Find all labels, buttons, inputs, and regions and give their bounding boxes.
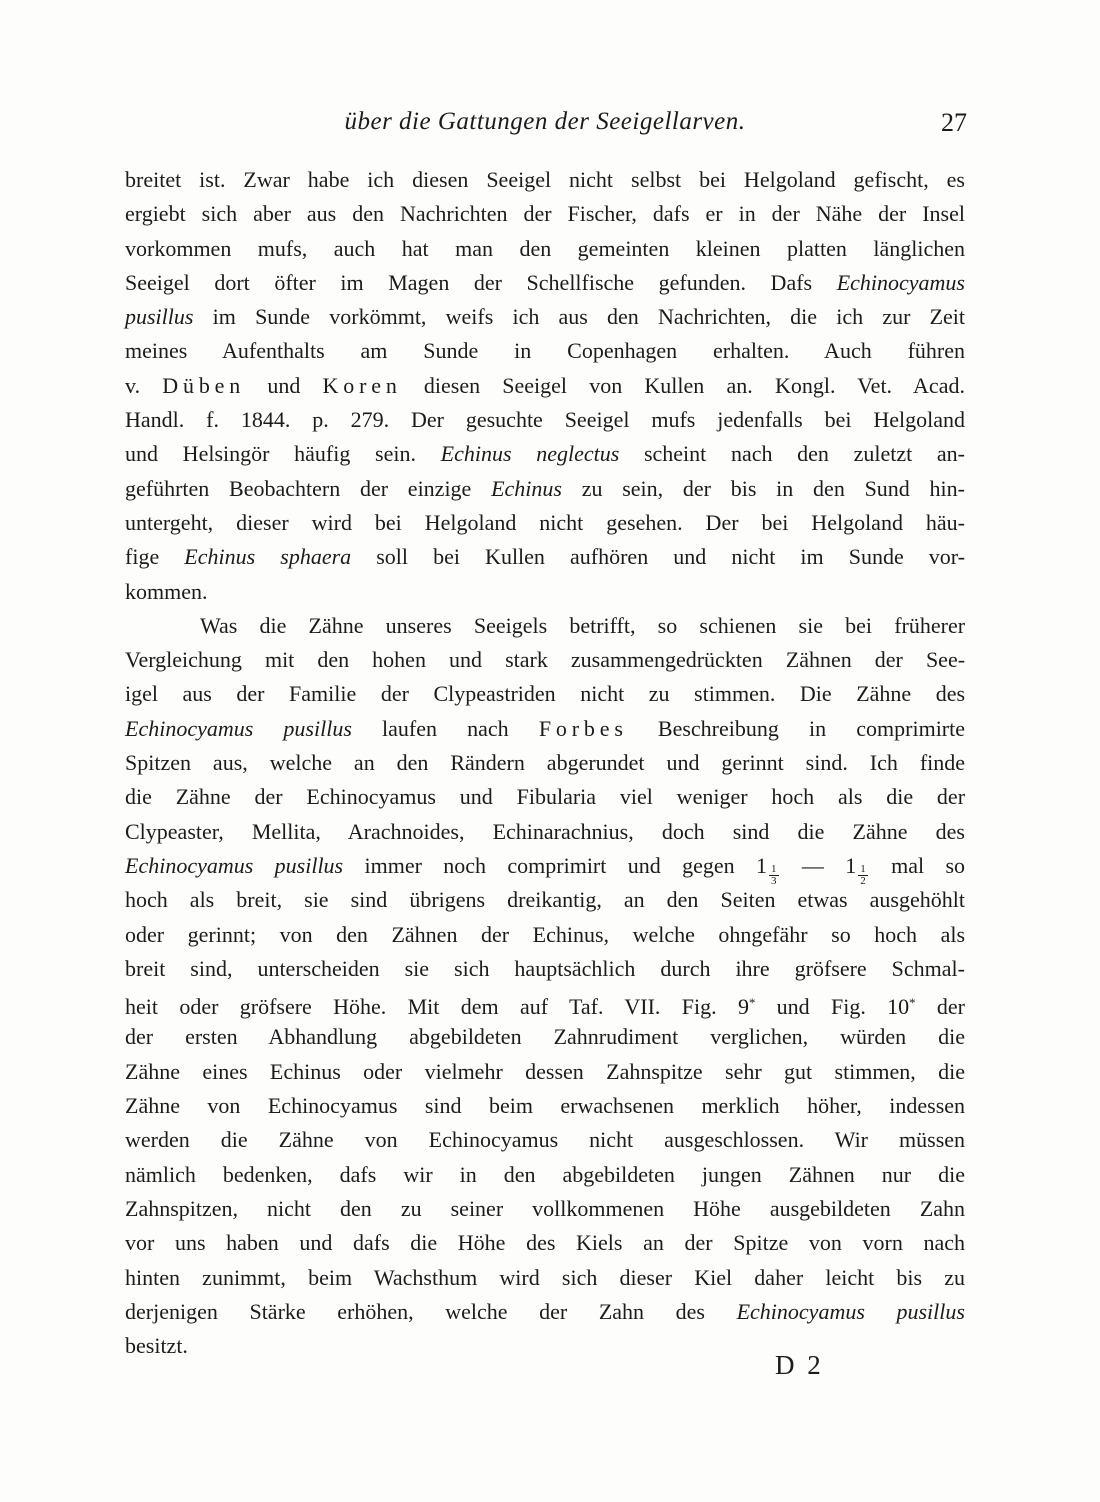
text-segment: und — [245, 373, 322, 398]
text-segment: v. — [125, 373, 162, 398]
text-segment: geführten Beobachtern der einzige — [125, 476, 491, 501]
text-line: hinten zunimmt, beim Wachsthum wird sich… — [125, 1261, 965, 1295]
text-line: Clypeaster, Mellita, Arachnoides, Echina… — [125, 815, 965, 849]
page-number: 27 — [941, 108, 967, 138]
text-segment: vor uns haben und dafs die Höhe des Kiel… — [125, 1230, 965, 1255]
text-segment: kommen. — [125, 579, 208, 604]
text-segment: Zähne von Echinocyamus sind beim erwachs… — [125, 1093, 965, 1118]
text-segment: Was die Zähne unseres Seeigels betrifft,… — [200, 613, 965, 638]
text-line: hoch als breit, sie sind übrigens dreika… — [125, 883, 965, 917]
text-segment: Spitzen aus, welche an den Rändern abger… — [125, 750, 965, 775]
text-line: derjenigen Stärke erhöhen, welche der Za… — [125, 1295, 965, 1329]
text-segment: vorkommen mufs, auch hat man den gemeint… — [125, 236, 965, 261]
text-segment: untergeht, dieser wird bei Helgoland nic… — [125, 510, 965, 535]
text-segment: und Helsingör häufig sein. — [125, 441, 441, 466]
text-segment: der ersten Abhandlung abgebildeten Zahnr… — [125, 1024, 965, 1049]
text-line: werden die Zähne von Echinocyamus nicht … — [125, 1123, 965, 1157]
text-segment: besitzt. — [125, 1333, 188, 1358]
signature-mark: D 2 — [775, 1350, 824, 1381]
text-segment: Handl. f. 1844. p. 279. Der gesuchte See… — [125, 407, 965, 432]
text-line: und Helsingör häufig sein. Echinus negle… — [125, 437, 965, 471]
text-segment: hinten zunimmt, beim Wachsthum wird sich… — [125, 1265, 965, 1290]
text-segment: soll bei Kullen aufhören und nicht im Su… — [351, 544, 965, 569]
text-segment: Echinocyamus pusillus — [737, 1299, 965, 1324]
text-segment: ergiebt sich aber aus den Nachrichten de… — [125, 201, 965, 226]
text-line: die Zähne der Echinocyamus und Fibularia… — [125, 780, 965, 814]
text-line: Zähne eines Echinus oder vielmehr dessen… — [125, 1055, 965, 1089]
text-segment: Echinocyamus pusillus — [125, 853, 343, 878]
text-line: meines Aufenthalts am Sunde in Copenhage… — [125, 334, 965, 368]
text-segment: Echinus sphaera — [184, 544, 351, 569]
text-segment: heit oder gröfsere Höhe. Mit dem auf Taf… — [125, 994, 749, 1019]
text-line: der ersten Abhandlung abgebildeten Zahnr… — [125, 1020, 965, 1054]
text-line: geführten Beobachtern der einzige Echinu… — [125, 472, 965, 506]
text-segment: oder gerinnt; von den Zähnen der Echinus… — [125, 922, 965, 947]
text-segment: Düben — [162, 373, 245, 398]
text-line: breit sind, unterscheiden sie sich haupt… — [125, 952, 965, 986]
text-segment: breit sind, unterscheiden sie sich haupt… — [125, 956, 965, 981]
text-line: Handl. f. 1844. p. 279. Der gesuchte See… — [125, 403, 965, 437]
text-line: kommen. — [125, 575, 965, 609]
text-segment: im Sunde vorkömmt, weifs ich aus den Nac… — [193, 304, 965, 329]
text-segment: pusillus — [125, 304, 193, 329]
text-line: heit oder gröfsere Höhe. Mit dem auf Taf… — [125, 986, 965, 1020]
text-segment: zu sein, der bis in den Sund hin- — [562, 476, 965, 501]
text-line: v. Düben und Koren diesen Seeigel von Ku… — [125, 369, 965, 403]
text-line: Zahnspitzen, nicht den zu seiner vollkom… — [125, 1192, 965, 1226]
text-line: Vergleichung mit den hohen und stark zus… — [125, 643, 965, 677]
text-line: vorkommen mufs, auch hat man den gemeint… — [125, 232, 965, 266]
text-segment: igel aus der Familie der Clypeastriden n… — [125, 681, 965, 706]
text-segment: breitet ist. Zwar habe ich diesen Seeige… — [125, 167, 965, 192]
text-segment: nämlich bedenken, dafs wir in den abgebi… — [125, 1162, 965, 1187]
text-line: Seeigel dort öfter im Magen der Schellfi… — [125, 266, 965, 300]
text-segment: Echinus — [491, 476, 562, 501]
text-segment: die Zähne der Echinocyamus und Fibularia… — [125, 784, 965, 809]
text-segment: und Fig. 10 — [755, 994, 909, 1019]
text-segment: der — [916, 994, 965, 1019]
text-segment: Beschreibung in comprimirte — [628, 716, 965, 741]
paragraph: Was die Zähne unseres Seeigels betrifft,… — [125, 609, 965, 1364]
text-line: Echinocyamus pusillus laufen nach Forbes… — [125, 712, 965, 746]
text-segment: diesen Seeigel von Kullen an. Kongl. Vet… — [402, 373, 965, 398]
text-line: pusillus im Sunde vorkömmt, weifs ich au… — [125, 300, 965, 334]
text-segment: Koren — [323, 373, 402, 398]
text-segment: scheint nach den zuletzt an- — [619, 441, 965, 466]
text-line: vor uns haben und dafs die Höhe des Kiel… — [125, 1226, 965, 1260]
text-segment: fige — [125, 544, 184, 569]
text-line: Spitzen aus, welche an den Rändern abger… — [125, 746, 965, 780]
text-segment: Seeigel dort öfter im Magen der Schellfi… — [125, 270, 837, 295]
text-segment: hoch als breit, sie sind übrigens dreika… — [125, 887, 965, 912]
text-segment: werden die Zähne von Echinocyamus nicht … — [125, 1127, 965, 1152]
text-line: Zähne von Echinocyamus sind beim erwachs… — [125, 1089, 965, 1123]
text-segment: immer noch comprimirt und gegen 1 — [343, 853, 767, 878]
text-line: ergiebt sich aber aus den Nachrichten de… — [125, 197, 965, 231]
book-page: { "page": { "header": { "title": "über d… — [0, 0, 1100, 1502]
page-title: über die Gattungen der Seeigellarven. — [125, 108, 965, 136]
text-line: Was die Zähne unseres Seeigels betrifft,… — [200, 609, 965, 643]
text-line: besitzt. — [125, 1329, 965, 1363]
text-line: breitet ist. Zwar habe ich diesen Seeige… — [125, 163, 965, 197]
text-segment: — 1 — [781, 853, 857, 878]
text-segment: Echinocyamus — [837, 270, 965, 295]
text-segment: Forbes — [539, 716, 628, 741]
text-segment: Echinus neglectus — [441, 441, 620, 466]
text-line: nämlich bedenken, dafs wir in den abgebi… — [125, 1158, 965, 1192]
text-block: breitet ist. Zwar habe ich diesen Seeige… — [125, 163, 965, 1363]
text-line: igel aus der Familie der Clypeastriden n… — [125, 677, 965, 711]
text-segment: mal so — [870, 853, 965, 878]
text-segment: derjenigen Stärke erhöhen, welche der Za… — [125, 1299, 737, 1324]
paragraph: breitet ist. Zwar habe ich diesen Seeige… — [125, 163, 965, 609]
text-segment: Vergleichung mit den hohen und stark zus… — [125, 647, 965, 672]
running-head: über die Gattungen der Seeigellarven. 27 — [125, 108, 965, 144]
text-segment: Zähne eines Echinus oder vielmehr dessen… — [125, 1059, 965, 1084]
text-segment: meines Aufenthalts am Sunde in Copenhage… — [125, 338, 965, 363]
text-segment: Zahnspitzen, nicht den zu seiner vollkom… — [125, 1196, 965, 1221]
text-line: fige Echinus sphaera soll bei Kullen auf… — [125, 540, 965, 574]
text-segment: Clypeaster, Mellita, Arachnoides, Echina… — [125, 819, 965, 844]
text-line: oder gerinnt; von den Zähnen der Echinus… — [125, 918, 965, 952]
text-line: untergeht, dieser wird bei Helgoland nic… — [125, 506, 965, 540]
text-segment: Echinocyamus pusillus — [125, 716, 352, 741]
text-line: Echinocyamus pusillus immer noch comprim… — [125, 849, 965, 883]
text-segment: laufen nach — [352, 716, 539, 741]
